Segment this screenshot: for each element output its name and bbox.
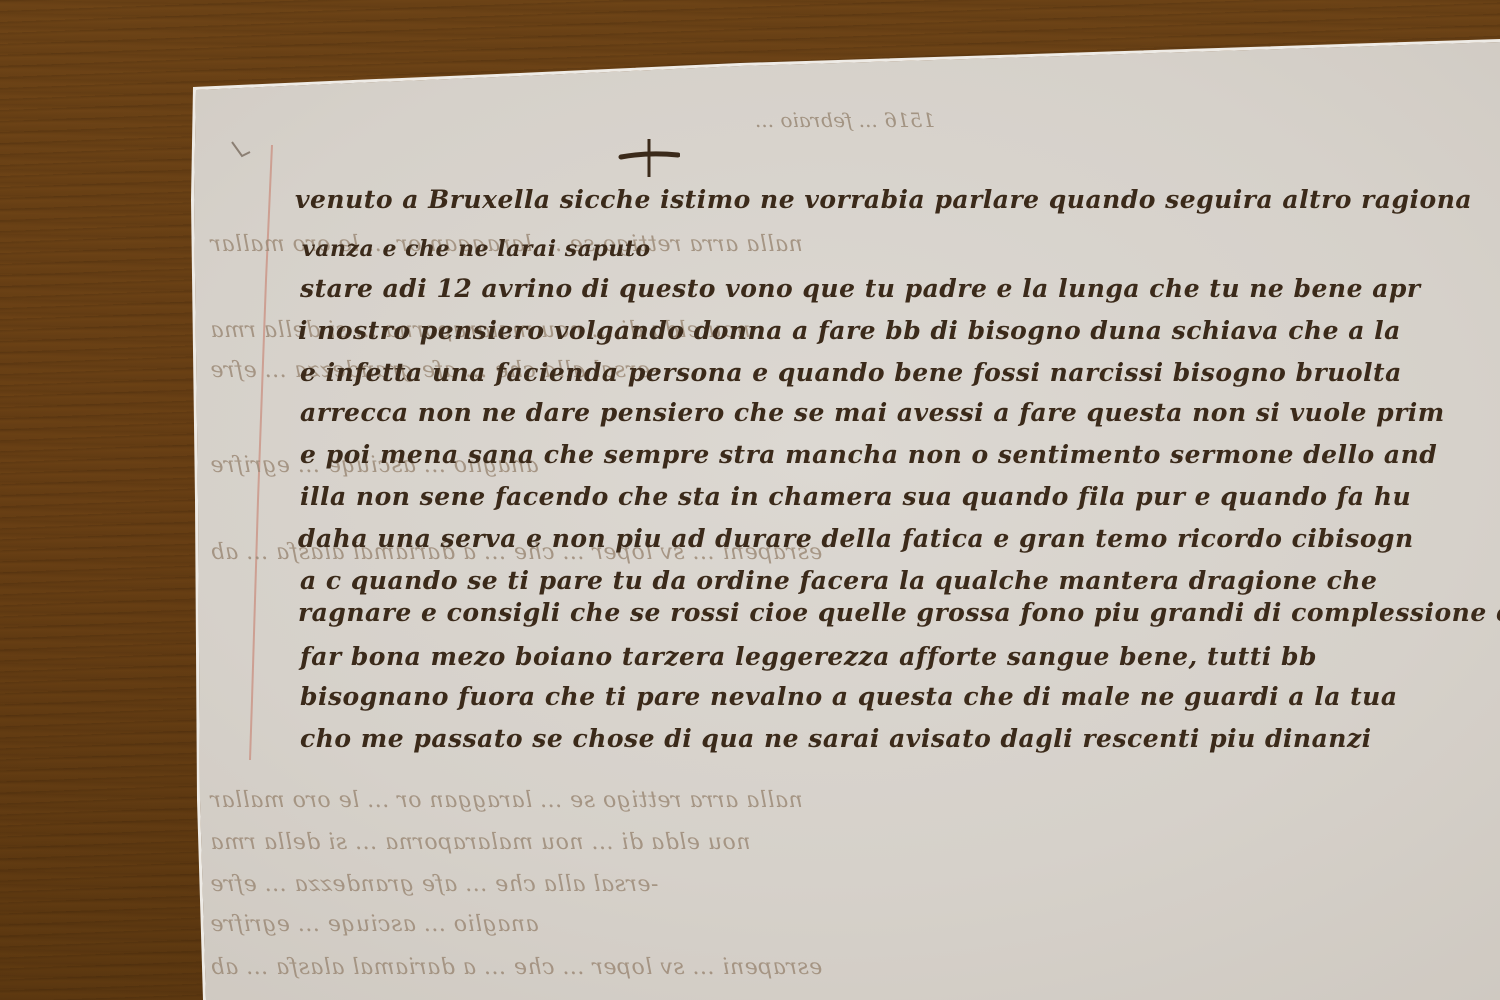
manuscript-line-11: ragnare e consigli che se rossi cioe que…	[298, 598, 1500, 627]
manuscript-line-7: e poi mena sana che sempre stra mancha n…	[300, 440, 1437, 469]
manuscript-line-1: venuto a Bruxella sicche istimo ne vorra…	[295, 185, 1472, 214]
bleed-through-line: nou elda di ... nou malaraporna ... si d…	[210, 830, 750, 855]
header-bleed-through-date: 1516 ... febraio ...	[755, 108, 935, 132]
manuscript-line-13: bisognano fuora che ti pare nevalno a qu…	[300, 682, 1398, 711]
manuscript-line-12: far bona mezo boiano tarzera leggerezza …	[300, 642, 1317, 671]
manuscript-line-9: daha una serva e non piu ad durare della…	[298, 524, 1414, 553]
manuscript-line-6: arrecca non ne dare pensiero che se mai …	[300, 398, 1445, 427]
manuscript-line-8: illa non sene facendo che sta in chamera…	[300, 482, 1411, 511]
bleed-through-line: anaglio ... asciuqe ... egrifre	[210, 912, 539, 937]
bleed-through-line: esrapeni ... sv loper ... che ... a dari…	[210, 955, 822, 980]
manuscript-line-14: cho me passato se chose di qua ne sarai …	[300, 724, 1372, 753]
bleed-through-line: -ersal alla che ... afe grandezza ... ef…	[210, 872, 658, 897]
manuscript-line-5: e infetta una facienda persona e quando …	[300, 358, 1402, 387]
manuscript-line-4: i nostro pensiero volgando donna a fare …	[298, 316, 1401, 345]
manuscript-line-2: vanza e che ne larai saputo	[302, 236, 651, 262]
manuscript-line-3: stare adi 12 avrino di questo vono que t…	[300, 274, 1421, 303]
manuscript-line-10: a c quando se ti pare tu da ordine facer…	[300, 566, 1377, 595]
cross-mark-icon	[618, 135, 680, 180]
bleed-through-line: nalla arra rettigo se ... laraggan or ..…	[210, 788, 803, 813]
